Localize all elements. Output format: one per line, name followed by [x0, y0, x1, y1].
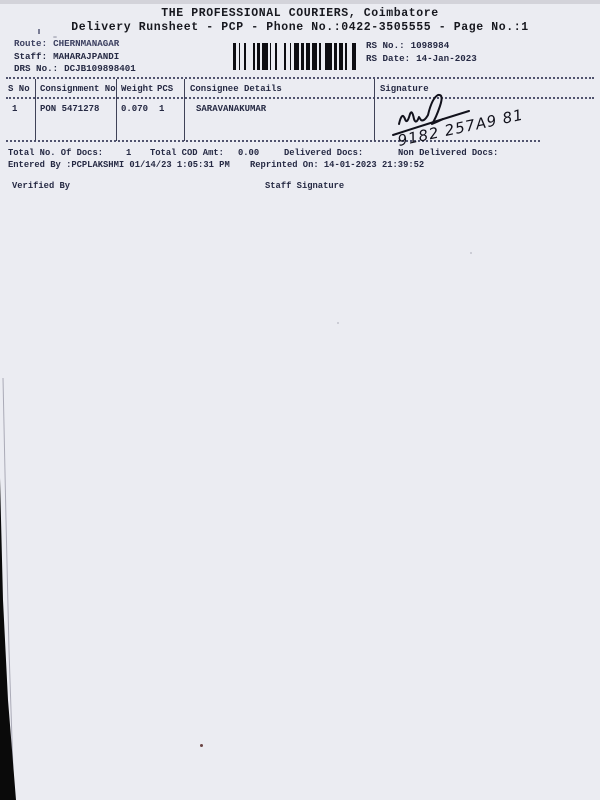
delivered-docs-label: Delivered Docs:	[284, 148, 363, 158]
ink-speck	[200, 744, 203, 747]
page-title: THE PROFESSIONAL COURIERS, Coimbatore	[0, 7, 600, 20]
column-divider	[374, 79, 375, 141]
page-subtitle: Delivery Runsheet - PCP - Phone No.:0422…	[0, 21, 600, 34]
col-header-consignment: Consignment No	[40, 84, 116, 94]
scan-dark-edge	[0, 478, 16, 800]
ink-speck	[337, 322, 339, 324]
drs-no-line: DRS No.:DCJB109898401	[14, 63, 136, 74]
staff-signature-label: Staff Signature	[265, 181, 344, 191]
col-header-sno: S No	[8, 84, 30, 94]
ink-speck	[38, 29, 40, 34]
drs-no-label: DRS No.:	[14, 63, 58, 74]
table-row-pcs: 1	[159, 104, 164, 114]
total-docs-label: Total No. Of Docs:	[8, 148, 103, 158]
barcode-icon	[233, 43, 356, 70]
col-header-consignee: Consignee Details	[190, 84, 282, 94]
table-row-sno: 1	[12, 104, 17, 114]
staff-line: Staff:MAHARAJPANDI	[14, 51, 119, 62]
route-label: Route:	[14, 38, 47, 49]
table-row-weight: 0.070	[121, 104, 148, 114]
scan-top-edge	[0, 0, 600, 4]
signature-phone-number: 9182 257A9 81	[396, 106, 525, 150]
table-top-rule	[6, 77, 594, 79]
rs-date-value: 14-Jan-2023	[416, 53, 477, 64]
staff-value: MAHARAJPANDI	[53, 51, 119, 62]
paper-crease-line	[3, 378, 14, 800]
column-divider	[184, 79, 185, 141]
ink-speck	[470, 252, 472, 254]
col-header-weight: Weight	[121, 84, 153, 94]
route-line: Route:CHERNMANAGAR	[14, 38, 119, 49]
total-docs-value: 1	[126, 148, 131, 158]
non-delivered-docs-label: Non Delivered Docs:	[398, 148, 498, 158]
ink-speck	[53, 36, 57, 38]
total-cod-value: 0.00	[238, 148, 259, 158]
rs-date-line: RS Date:14-Jan-2023	[366, 53, 477, 64]
rs-date-label: RS Date:	[366, 53, 410, 64]
table-row-consignment: PON 5471278	[40, 104, 99, 114]
rs-no-value: 1098984	[411, 40, 450, 51]
rs-no-label: RS No.:	[366, 40, 405, 51]
staff-label: Staff:	[14, 51, 47, 62]
col-header-pcs: PCS	[157, 84, 173, 94]
entered-by-line: Entered By :PCPLAKSHMI 01/14/23 1:05:31 …	[8, 160, 230, 170]
total-cod-label: Total COD Amt:	[150, 148, 224, 158]
rs-no-line: RS No.:1098984	[366, 40, 449, 51]
table-row-consignee: SARAVANAKUMAR	[196, 104, 266, 114]
drs-no-value: DCJB109898401	[64, 63, 136, 74]
verified-by-label: Verified By	[12, 181, 70, 191]
column-divider	[116, 79, 117, 141]
signature-scribble: 9182 257A9 81	[385, 86, 550, 152]
column-divider	[35, 79, 36, 141]
route-value: CHERNMANAGAR	[53, 38, 119, 49]
reprinted-on-line: Reprinted On: 14-01-2023 21:39:52	[250, 160, 424, 170]
